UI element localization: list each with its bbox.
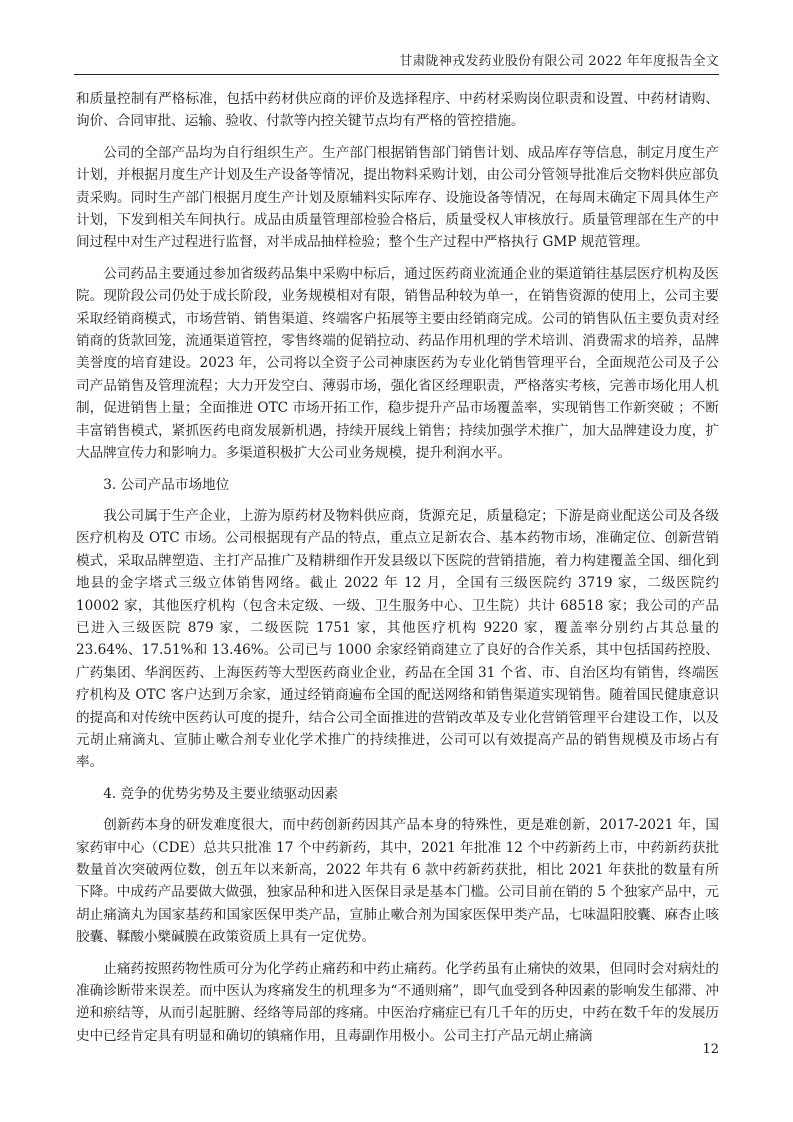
page-header: 甘肃陇神戎发药业股份有限公司 2022 年年度报告全文 [74,42,719,75]
report-title: 甘肃陇神戎发药业股份有限公司 2022 年年度报告全文 [399,50,719,69]
paragraph-production-model: 公司的全部产品均为自行组织生产。生产部门根据销售部门销售计划、成品库存等信息，制… [76,142,719,254]
paragraph-sales-model: 公司药品主要通过参加省级药品集中采购中标后，通过医药商业流通企业的渠道销往基层医… [76,263,719,465]
document-body: 和质量控制有严格标准，包括中药材供应商的评价及选择程序、中药材采购岗位职责和设置… [76,88,719,1056]
paragraph-analgesics: 止痛药按照药物性质可分为化学药止痛药和中药止痛药。化学药虽有止痛快的效果，但同时… [76,958,719,1048]
section-heading-market-position: 3. 公司产品市场地位 [76,474,719,496]
paragraph-procurement-controls: 和质量控制有严格标准，包括中药材供应商的评价及选择程序、中药材采购岗位职责和设置… [76,88,719,133]
paragraph-innovation-drugs: 创新药本身的研发难度很大，而中药创新药因其产品本身的特殊性，更是难创新，2017… [76,814,719,948]
paragraph-market-position: 我公司属于生产企业，上游为原药材及物料供应商，货源充足，质量稳定；下游是商业配送… [76,505,719,774]
section-heading-competitive-advantages: 4. 竞争的优势劣势及主要业绩驱动因素 [76,783,719,805]
page-number: 12 [702,1042,719,1057]
